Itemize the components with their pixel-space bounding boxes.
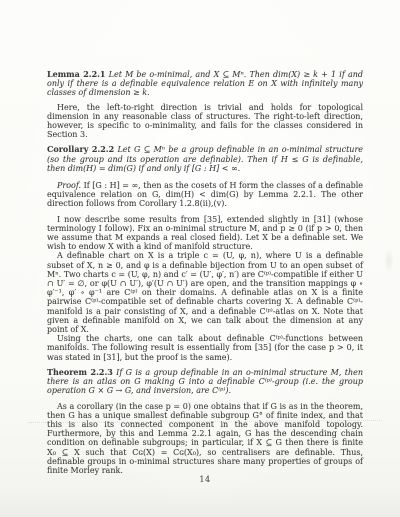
theorem-2-2-3-label: Theorem 2.2.3 <box>47 367 113 377</box>
paragraph-left-to-right-text: Here, the left-to-right direction is tri… <box>47 103 363 140</box>
paragraph-using-charts: Using the charts, one can talk about def… <box>47 334 363 362</box>
lemma-2-2-1: Lemma 2.2.1 Let M be o-minimal, and X ⊆ … <box>47 70 363 98</box>
corollary-2-2-2-label: Corollary 2.2.2 <box>47 144 114 154</box>
lemma-2-2-1-label: Lemma 2.2.1 <box>47 69 106 79</box>
proof-text: If [G : H] = ∞, then as the cosets of H … <box>47 181 363 208</box>
proof-label: Proof. <box>57 181 81 190</box>
paragraph-left-to-right: Here, the left-to-right direction is tri… <box>47 103 363 140</box>
proof-paragraph: Proof. If [G : H] = ∞, then as the coset… <box>47 181 363 209</box>
paragraph-results-intro-text: I now describe some results from [35], e… <box>47 215 363 252</box>
paragraph-corollary-discussion: As a corollary (in the case p = 0) one o… <box>47 402 363 476</box>
paragraph-definable-chart: A definable chart on X is a triple c = (… <box>47 251 363 334</box>
paragraph-using-charts-text: Using the charts, one can talk about def… <box>47 334 363 361</box>
paragraph-results-intro: I now describe some results from [35], e… <box>47 215 363 252</box>
paragraph-definable-chart-text: A definable chart on X is a triple c = (… <box>47 251 363 334</box>
page-number: 14 <box>47 475 363 484</box>
corollary-2-2-2: Corollary 2.2.2 Let G ⊆ Mⁿ be a group de… <box>47 145 363 173</box>
scan-smudge <box>384 248 394 274</box>
theorem-2-2-3: Theorem 2.2.3 If G is a group definable … <box>47 368 363 396</box>
paragraph-corollary-discussion-text: As a corollary (in the case p = 0) one o… <box>47 402 363 475</box>
scanned-page: Lemma 2.2.1 Let M be o-minimal, and X ⊆ … <box>0 0 400 517</box>
